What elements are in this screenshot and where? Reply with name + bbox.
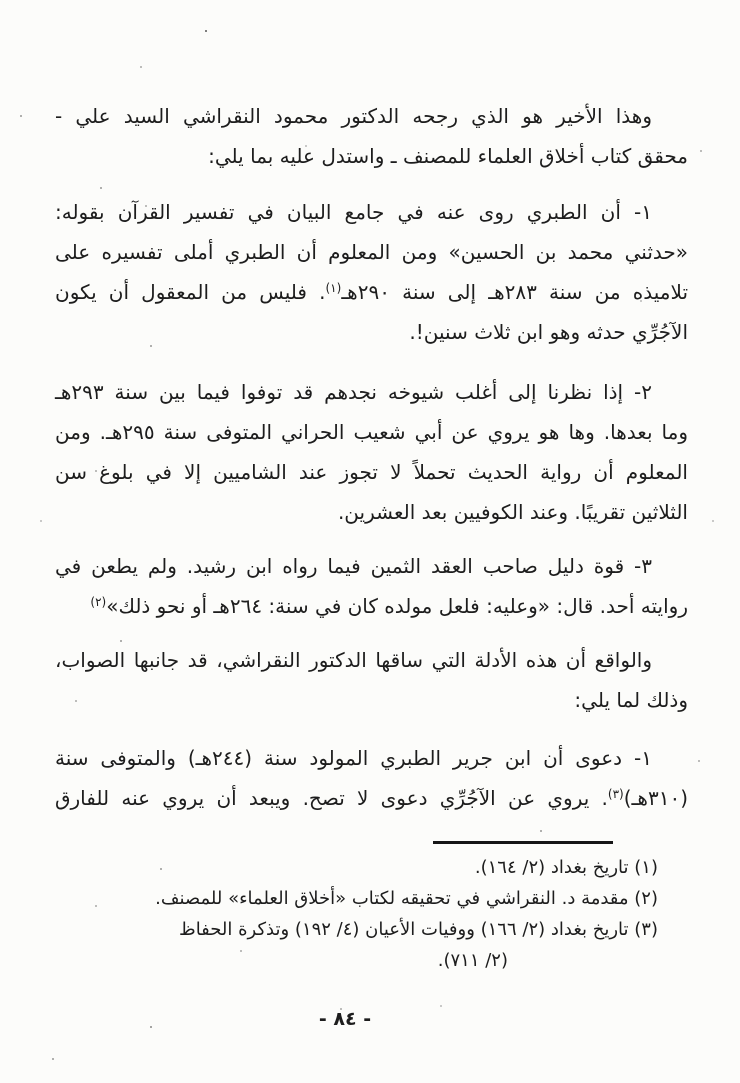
- text-line: ١- دعوى أن ابن جرير الطبري المولود سنة (…: [55, 738, 688, 778]
- text-line-with-footnote-ref: روايته أحد. قال: «وعليه: فلعل مولده كان …: [55, 586, 688, 626]
- text-line: ١- أن الطبري روى عنه في جامع البيان في ت…: [55, 192, 688, 232]
- text-segment: تلاميذه من سنة ٢٨٣هـ إلى سنة ٢٩٠هـ: [341, 280, 688, 304]
- text-line-with-footnote-ref: تلاميذه من سنة ٢٨٣هـ إلى سنة ٢٩٠هـ(١). ف…: [55, 272, 688, 312]
- evidence-item-1: ١- أن الطبري روى عنه في جامع البيان في ت…: [55, 192, 688, 352]
- paragraph-intro: وهذا الأخير هو الذي رجحه الدكتور محمود ا…: [55, 96, 688, 176]
- text-line: الآجُرِّي حدثه وهو ابن ثلاث سنين!.: [55, 312, 688, 352]
- evidence-item-3: ٣- قوة دليل صاحب العقد الثمين فيما رواه …: [55, 546, 688, 626]
- text-line: ٣- قوة دليل صاحب العقد الثمين فيما رواه …: [55, 546, 688, 586]
- footnote-3-line-1: (٣) تاريخ بغداد (٢/ ١٦٦) ووفيات الأعيان …: [48, 914, 658, 945]
- text-segment: (٣١٠هـ): [624, 786, 688, 810]
- text-line: وما بعدها. وها هو يروي عن أبي شعيب الحرا…: [55, 412, 688, 452]
- footnote-1: (١) تاريخ بغداد (٢/ ١٦٤).: [48, 852, 658, 883]
- footnotes-block: (١) تاريخ بغداد (٢/ ١٦٤). (٢) مقدمة د. ا…: [48, 852, 658, 976]
- scan-noise-speckles: [0, 0, 2, 2]
- scanned-book-page: وهذا الأخير هو الذي رجحه الدكتور محمود ا…: [0, 0, 740, 1083]
- text-line: المعلوم أن رواية الحديث تحملاً لا تجوز ع…: [55, 452, 688, 492]
- footnote-3-line-2: (٢/ ٧١١).: [48, 945, 658, 976]
- footnote-separator-rule: [433, 841, 613, 844]
- rebuttal-item-1: ١- دعوى أن ابن جرير الطبري المولود سنة (…: [55, 738, 688, 818]
- text-line: وهذا الأخير هو الذي رجحه الدكتور محمود ا…: [55, 96, 688, 136]
- evidence-item-2: ٢- إذا نظرنا إلى أغلب شيوخه نجدهم قد توف…: [55, 372, 688, 532]
- footnote-marker-1: (١): [325, 281, 341, 295]
- text-line: ٢- إذا نظرنا إلى أغلب شيوخه نجدهم قد توف…: [55, 372, 688, 412]
- text-line: «حدثني محمد بن الحسين» ومن المعلوم أن ال…: [55, 232, 688, 272]
- text-segment: . فليس من المعقول أن يكون: [55, 280, 325, 304]
- page-body-text: وهذا الأخير هو الذي رجحه الدكتور محمود ا…: [55, 96, 688, 834]
- text-line: وذلك لما يلي:: [55, 680, 688, 720]
- text-segment: روايته أحد. قال: «وعليه: فلعل مولده كان …: [106, 594, 688, 618]
- text-line: الثلاثين تقريبًا. وعند الكوفيين بعد العش…: [55, 492, 688, 532]
- footnote-marker-2: (٢): [90, 595, 106, 609]
- text-line: والواقع أن هذه الأدلة التي ساقها الدكتور…: [55, 640, 688, 680]
- footnote-marker-3: (٣): [608, 787, 624, 801]
- footnote-2: (٢) مقدمة د. النقراشي في تحقيقه لكتاب «أ…: [48, 883, 658, 914]
- page-number: - ٨٤ -: [0, 1008, 690, 1030]
- text-line: محقق كتاب أخلاق العلماء للمصنف ـ واستدل …: [55, 136, 688, 176]
- paragraph-rebuttal-intro: والواقع أن هذه الأدلة التي ساقها الدكتور…: [55, 640, 688, 720]
- text-segment: . يروي عن الآجُرِّي دعوى لا تصح. ويبعد أ…: [55, 786, 608, 810]
- text-line-with-footnote-ref: (٣١٠هـ)(٣). يروي عن الآجُرِّي دعوى لا تص…: [55, 778, 688, 818]
